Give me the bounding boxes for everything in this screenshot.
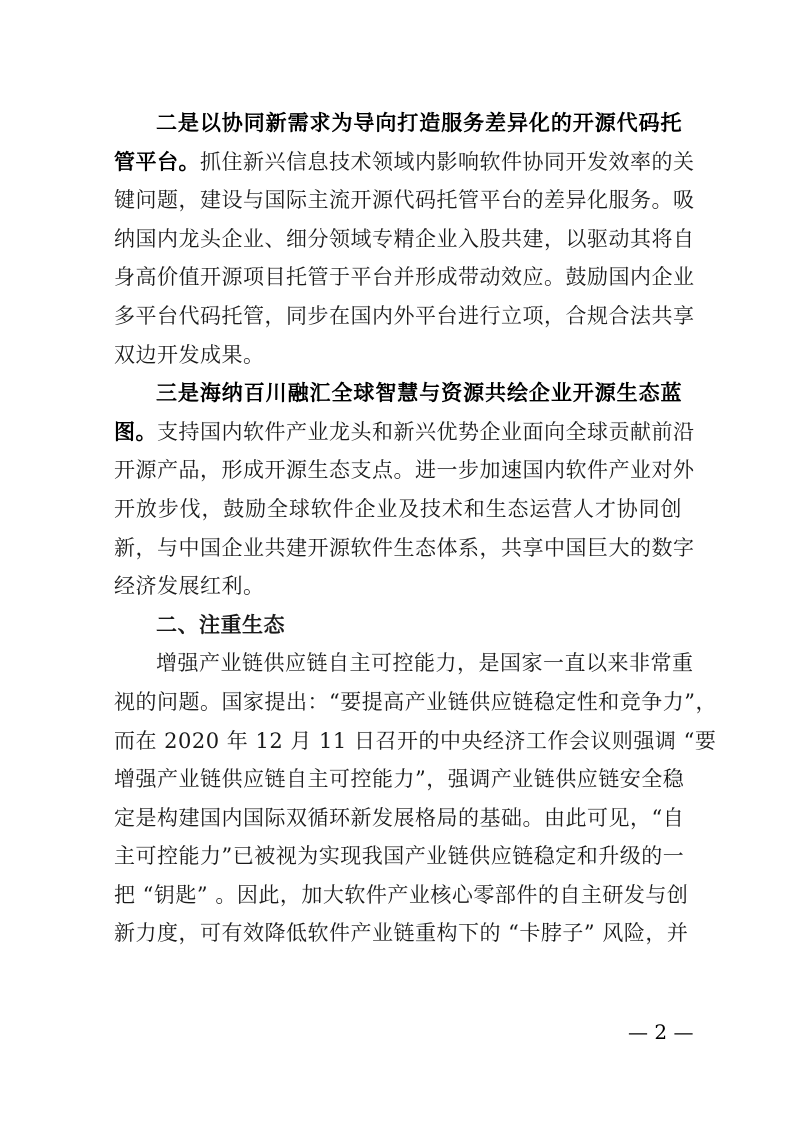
body-line-7: 把 “钥匙” 。因此，加大软件产业核心零部件的自主研发与创: [114, 876, 682, 915]
page-number: — 2 —: [628, 1020, 693, 1044]
body-line-4: 增强产业链供应链自主可控能力”，强调产业链供应链安全稳: [114, 760, 682, 799]
paragraph-2-line-6: 多平台代码托管，同步在国内外平台进行立项，合规合法共享: [114, 297, 682, 336]
body-text: 纳国内龙头企业、细分领域专精企业入股共建，以驱动其将自: [114, 227, 695, 251]
paragraph-2-line-3: 键问题，建设与国际主流开源代码托管平台的差异化服务。吸: [114, 181, 682, 220]
paragraph-3-line-2: 图。支持国内软件产业龙头和新兴优势企业面向全球贡献前沿: [114, 413, 682, 452]
body-text: 支持国内软件产业龙头和新兴优势企业面向全球贡献前沿: [157, 420, 695, 444]
paragraph-2-line-5: 身高价值开源项目托管于平台并形成带动效应。鼓励国内企业: [114, 258, 682, 297]
body-text: 多平台代码托管，同步在国内外平台进行立项，合规合法共享: [114, 304, 695, 328]
body-text: 双边开发成果。: [114, 343, 265, 367]
document-page: 二是以协同新需求为导向打造服务差异化的开源代码托 管平台。抓住新兴信息技术领域内…: [114, 104, 682, 953]
body-text: 身高价值开源项目托管于平台并形成带动效应。鼓励国内企业: [114, 265, 695, 289]
paragraph-3-line-3: 开源产品，形成开源生态支点。进一步加速国内软件产业对外: [114, 451, 682, 490]
body-text: 经济发展红利。: [114, 574, 265, 598]
bold-lead: 二是以协同新需求为导向打造服务差异化的开源代码托: [156, 111, 682, 135]
body-line-6: 主可控能力”已被视为实现我国产业链供应链稳定和升级的一: [114, 837, 682, 876]
bold-lead: 管平台。: [114, 150, 200, 174]
body-text: 新，与中国企业共建开源软件生态体系，共享中国巨大的数字: [114, 536, 695, 560]
paragraph-3-line-6: 经济发展红利。: [114, 567, 682, 606]
body-line-8: 新力度，可有效降低软件产业链重构下的 “卡脖子” 风险，并: [114, 914, 682, 953]
body-line-1: 增强产业链供应链自主可控能力，是国家一直以来非常重: [114, 644, 682, 683]
body-line-5: 定是构建国内国际双循环新发展格局的基础。由此可见，“自: [114, 799, 682, 838]
bold-lead: 图。: [114, 420, 157, 444]
body-text: 抓住新兴信息技术领域内影响软件协同开发效率的关: [200, 150, 695, 174]
body-text: 开源产品，形成开源生态支点。进一步加速国内软件产业对外: [114, 458, 695, 482]
paragraph-2-line-7: 双边开发成果。: [114, 336, 682, 375]
paragraph-3-line-5: 新，与中国企业共建开源软件生态体系，共享中国巨大的数字: [114, 529, 682, 568]
body-line-3: 而在 2020 年 12 月 11 日召开的中央经济工作会议则强调 “要: [114, 722, 682, 761]
body-line-2: 视的问题。国家提出：“要提高产业链供应链稳定性和竞争力”，: [114, 683, 682, 722]
paragraph-2-line-4: 纳国内龙头企业、细分领域专精企业入股共建，以驱动其将自: [114, 220, 682, 259]
body-text: 开放步伐，鼓励全球软件企业及技术和生态运营人才协同创: [114, 497, 682, 521]
paragraph-3-line-1: 三是海纳百川融汇全球智慧与资源共绘企业开源生态蓝: [114, 374, 682, 413]
section-heading: 二、注重生态: [114, 606, 682, 645]
body-text: 键问题，建设与国际主流开源代码托管平台的差异化服务。吸: [114, 188, 695, 212]
paragraph-2-line-2: 管平台。抓住新兴信息技术领域内影响软件协同开发效率的关: [114, 143, 682, 182]
paragraph-3-line-4: 开放步伐，鼓励全球软件企业及技术和生态运营人才协同创: [114, 490, 682, 529]
bold-lead: 三是海纳百川融汇全球智慧与资源共绘企业开源生态蓝: [156, 381, 682, 405]
paragraph-2-line-1: 二是以协同新需求为导向打造服务差异化的开源代码托: [114, 104, 682, 143]
